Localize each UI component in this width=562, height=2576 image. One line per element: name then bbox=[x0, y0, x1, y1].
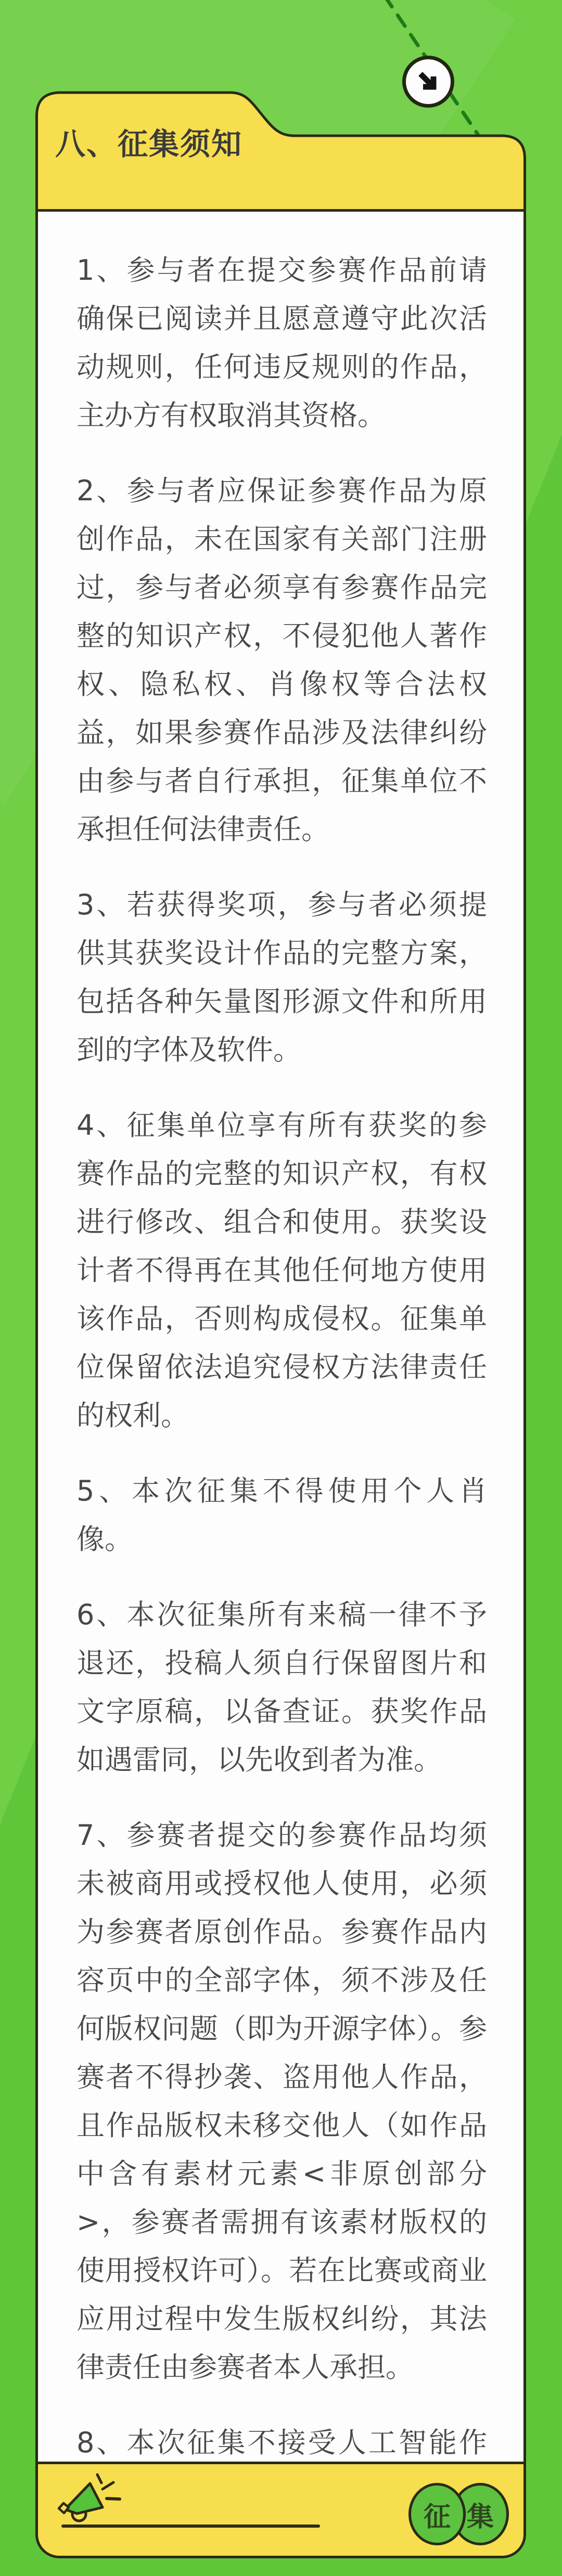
notice-paragraph: 8、本次征集不接受人工智能作品投稿，不得使用AIGC作品参赛。 bbox=[76, 2418, 487, 2462]
notice-paragraph: 6、本次征集所有来稿一律不予退还，投稿人须自行保留图片和文字原稿，以备查证。获奖… bbox=[76, 1590, 487, 1784]
notice-paragraph-list: 1、参与者在提交参赛作品前请确保已阅读并且愿意遵守此次活动规则，任何违反规则的作… bbox=[76, 246, 487, 2462]
notice-paragraph: 3、若获得奖项，参与者必须提供其获奖设计作品的完整方案，包括各种矢量图形源文件和… bbox=[76, 881, 487, 1074]
footer-band: 征 集 bbox=[35, 2462, 526, 2558]
notice-paragraph: 5、本次征集不得使用个人肖像。 bbox=[76, 1467, 487, 1563]
notice-paragraph: 4、征集单位享有所有获奖的参赛作品的完整的知识产权，有权进行修改、组合和使用。获… bbox=[76, 1101, 487, 1440]
notice-body: 1、参与者在提交参赛作品前请确保已阅读并且愿意遵守此次活动规则，任何违反规则的作… bbox=[35, 209, 526, 2462]
notice-paragraph: 1、参与者在提交参赛作品前请确保已阅读并且愿意遵守此次活动规则，任何违反规则的作… bbox=[76, 246, 487, 439]
notice-card: 八、征集须知 1、参与者在提交参赛作品前请确保已阅读并且愿意遵守此次活动规则，任… bbox=[35, 91, 526, 2558]
notice-paragraph: 2、参与者应保证参赛作品为原创作品，未在国家有关部门注册过，参与者必须享有参赛作… bbox=[76, 467, 487, 853]
poster-canvas: 八、征集须知 1、参与者在提交参赛作品前请确保已阅读并且愿意遵守此次活动规则，任… bbox=[0, 0, 562, 2576]
page-title: 八、征集须知 bbox=[55, 120, 242, 163]
badge-zheng: 征 bbox=[408, 2483, 466, 2545]
notice-paragraph: 7、参赛者提交的参赛作品均须未被商用或授权他人使用，必须为参赛者原创作品。参赛作… bbox=[76, 1811, 487, 2391]
footer-underline bbox=[61, 2525, 320, 2528]
megaphone-icon bbox=[56, 2468, 126, 2525]
